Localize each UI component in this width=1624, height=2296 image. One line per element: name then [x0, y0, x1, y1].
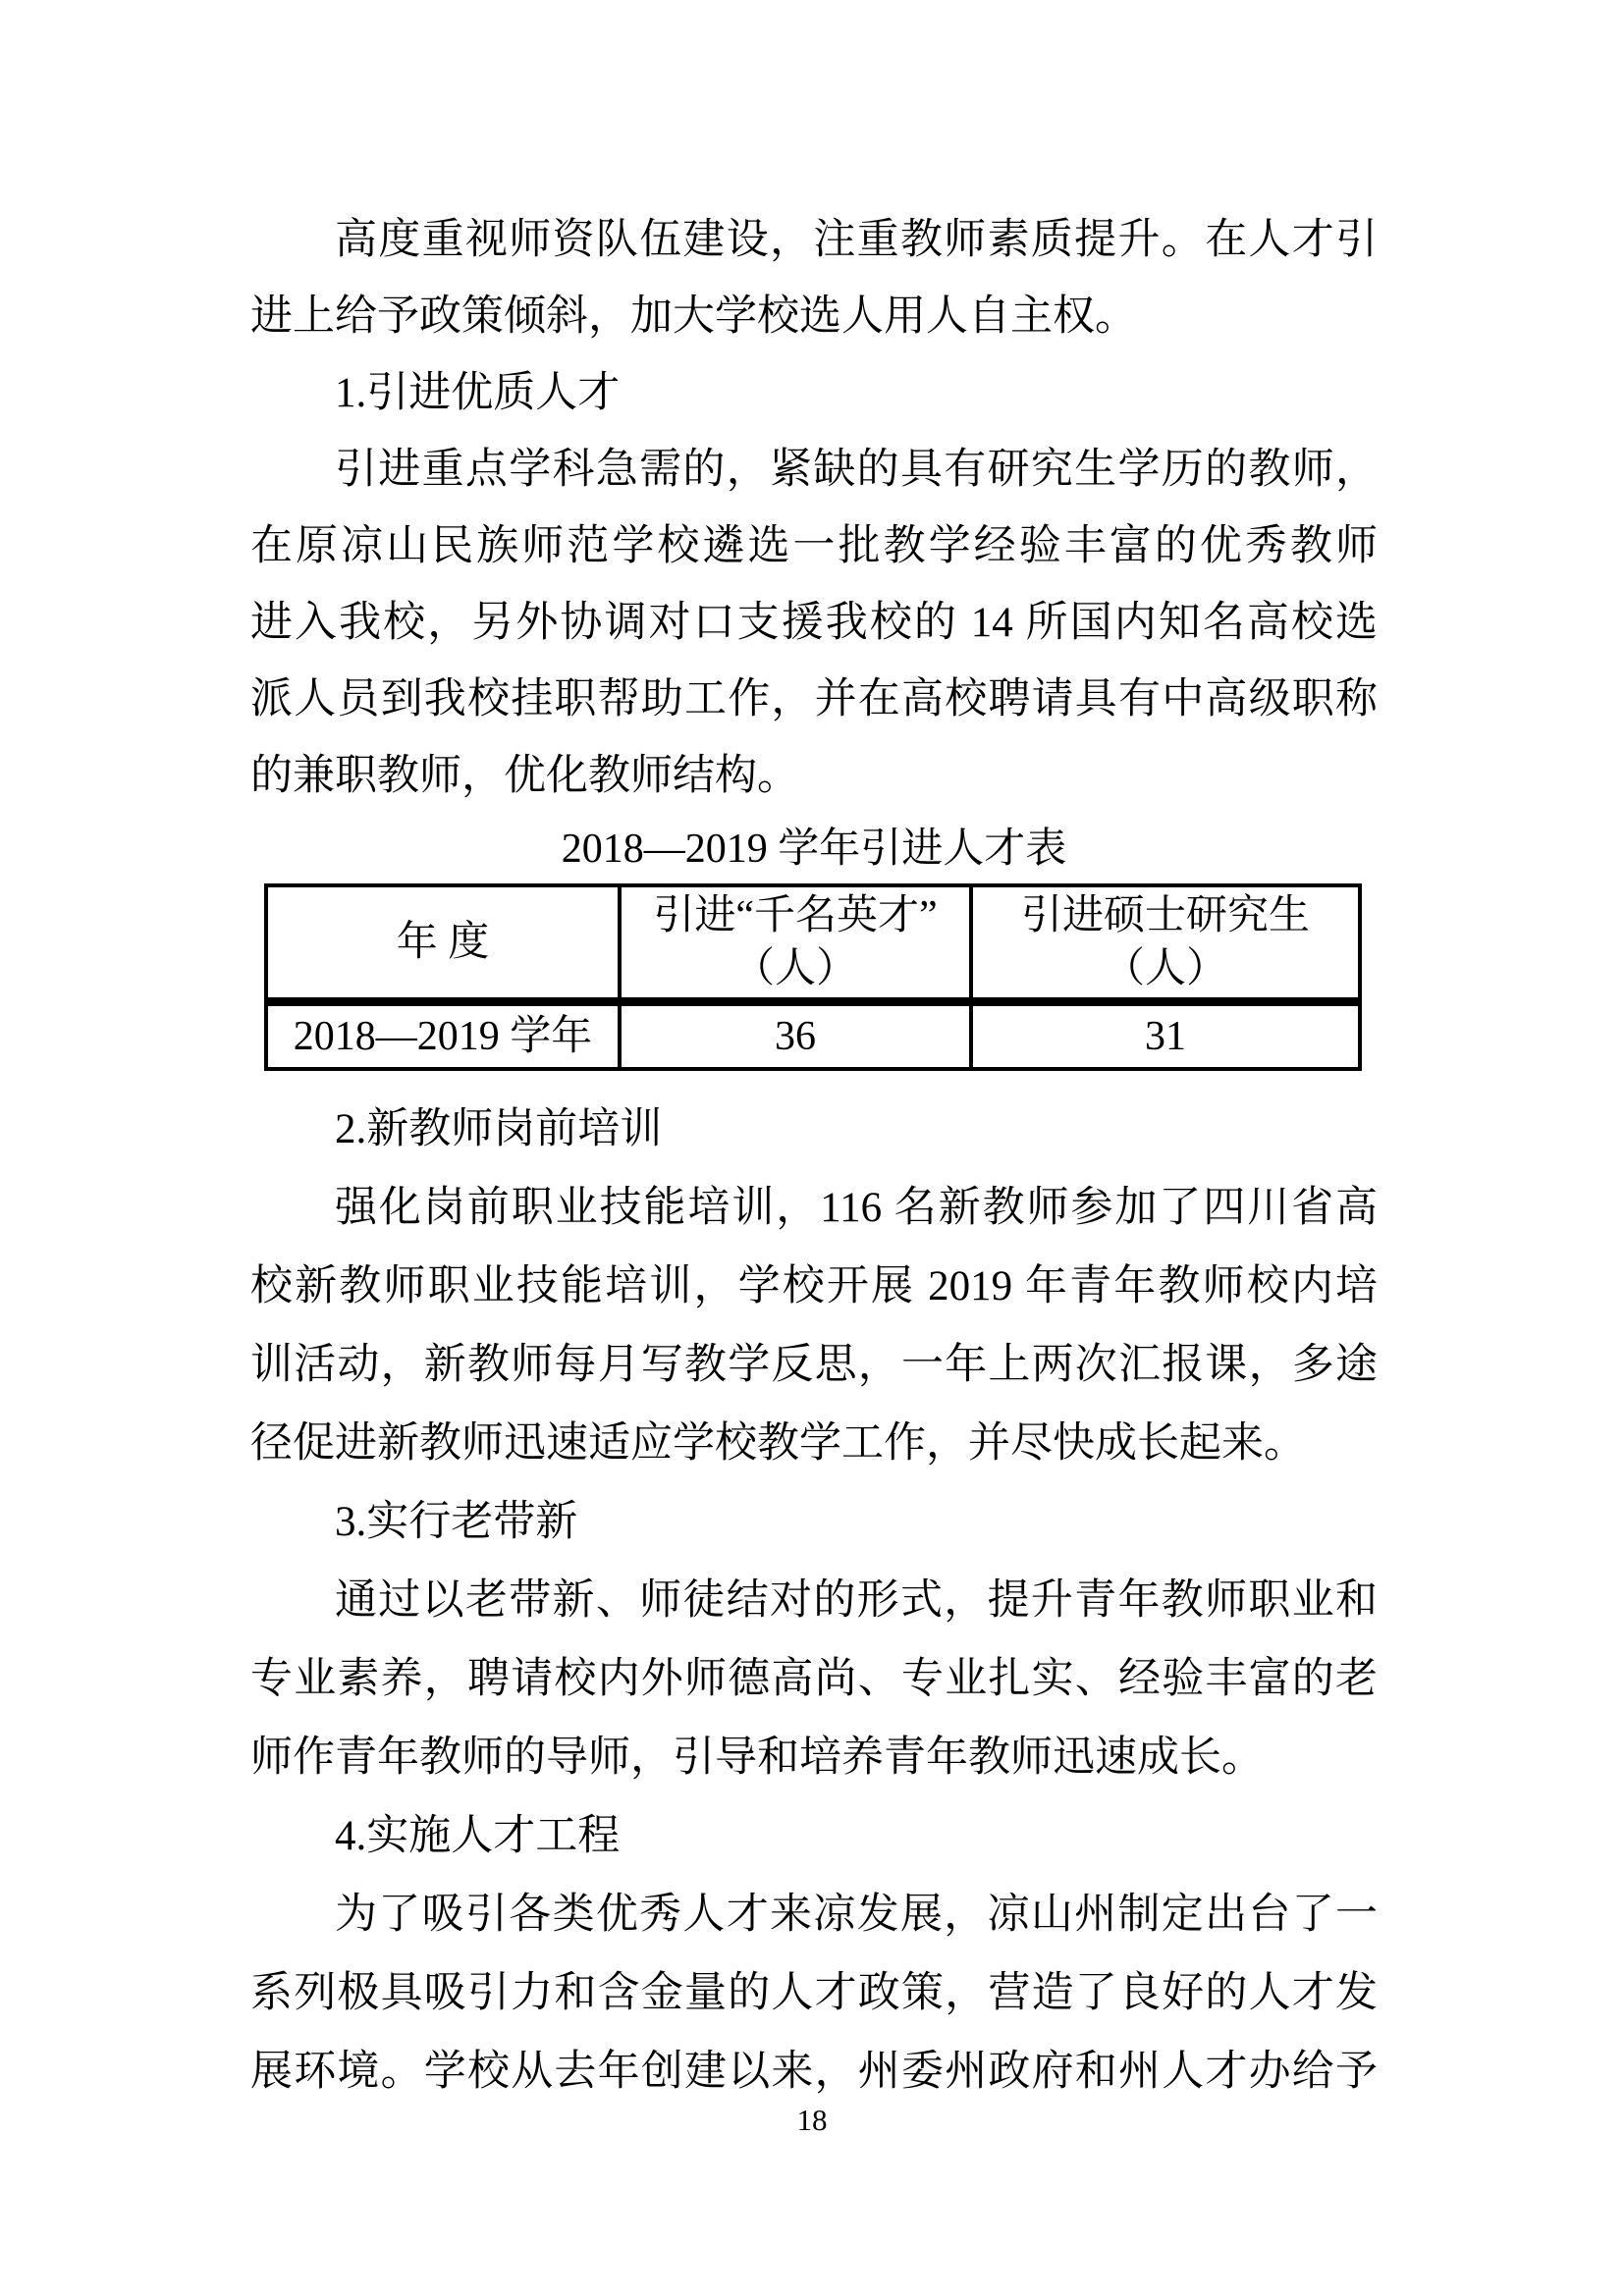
table-header-row: 年 度 引进“千名英才”（人） 引进硕士研究生（人） — [266, 885, 1360, 1001]
table-header-masters: 引进硕士研究生（人） — [971, 885, 1360, 1001]
document-page: 高度重视师资队伍建设，注重教师素质提升。在人才引 进上给予政策倾斜，加大学校选人… — [0, 0, 1624, 2296]
table-cell-masters: 31 — [971, 1001, 1360, 1069]
section-heading-4: 4.实施人才工程 — [250, 1797, 1378, 1876]
section-heading-1: 1.引进优质人才 — [250, 355, 1378, 432]
body-line: 系列极具吸引力和含金量的人才政策，营造了良好的人才发 — [250, 1954, 1378, 2033]
body-line: 径促进新教师迅速适应学校教学工作，并尽快成长起来。 — [250, 1405, 1378, 1483]
page-number: 18 — [0, 2101, 1624, 2140]
body-line: 强化岗前职业技能培训，116 名新教师参加了四川省高 — [250, 1169, 1378, 1248]
document-body: 高度重视师资队伍建设，注重教师素质提升。在人才引 进上给予政策倾斜，加大学校选人… — [250, 202, 1378, 2111]
body-line: 为了吸引各类优秀人才来凉发展，凉山州制定出台了一 — [250, 1876, 1378, 1954]
body-line: 在原凉山民族师范学校遴选一批教学经验丰富的优秀教师 — [250, 508, 1378, 585]
body-line: 高度重视师资队伍建设，注重教师素质提升。在人才引 — [250, 202, 1378, 279]
table-title: 2018—2019 学年引进人才表 — [250, 821, 1378, 878]
body-line: 专业素养，聘请校内外师德高尚、专业扎实、经验丰富的老 — [250, 1640, 1378, 1719]
table-header-talents-line2: （人） — [733, 946, 857, 991]
body-line: 校新教师职业技能培训，学校开展 2019 年青年教师校内培 — [250, 1248, 1378, 1326]
table-header-year: 年 度 — [266, 885, 620, 1001]
table-header-talents: 引进“千名英才”（人） — [620, 885, 971, 1001]
section-heading-2: 2.新教师岗前培训 — [250, 1091, 1378, 1169]
table-cell-talents: 36 — [620, 1001, 971, 1069]
body-line: 引进重点学科急需的，紧缺的具有研究生学历的教师， — [250, 432, 1378, 508]
body-line: 进入我校，另外协调对口支援我校的 14 所国内知名高校选 — [250, 585, 1378, 662]
body-line: 师作青年教师的导师，引导和培养青年教师迅速成长。 — [250, 1719, 1378, 1797]
talent-intro-table: 年 度 引进“千名英才”（人） 引进硕士研究生（人） 2018—2019 学年 … — [264, 883, 1362, 1071]
section-heading-3: 3.实行老带新 — [250, 1483, 1378, 1562]
body-line: 进上给予政策倾斜，加大学校选人用人自主权。 — [250, 279, 1378, 355]
table-data-row: 2018—2019 学年 36 31 — [266, 1001, 1360, 1069]
body-line: 的兼职教师，优化教师结构。 — [250, 738, 1378, 815]
table-header-talents-line1: 引进“千名英才” — [653, 893, 937, 938]
table-cell-year: 2018—2019 学年 — [266, 1001, 620, 1069]
body-line: 通过以老带新、师徒结对的形式，提升青年教师职业和 — [250, 1562, 1378, 1640]
body-line: 训活动，新教师每月写教学反思，一年上两次汇报课，多途 — [250, 1326, 1378, 1405]
body-line: 展环境。学校从去年创建以来，州委州政府和州人才办给予 — [250, 2033, 1378, 2111]
body-line: 派人员到我校挂职帮助工作，并在高校聘请具有中高级职称 — [250, 662, 1378, 738]
